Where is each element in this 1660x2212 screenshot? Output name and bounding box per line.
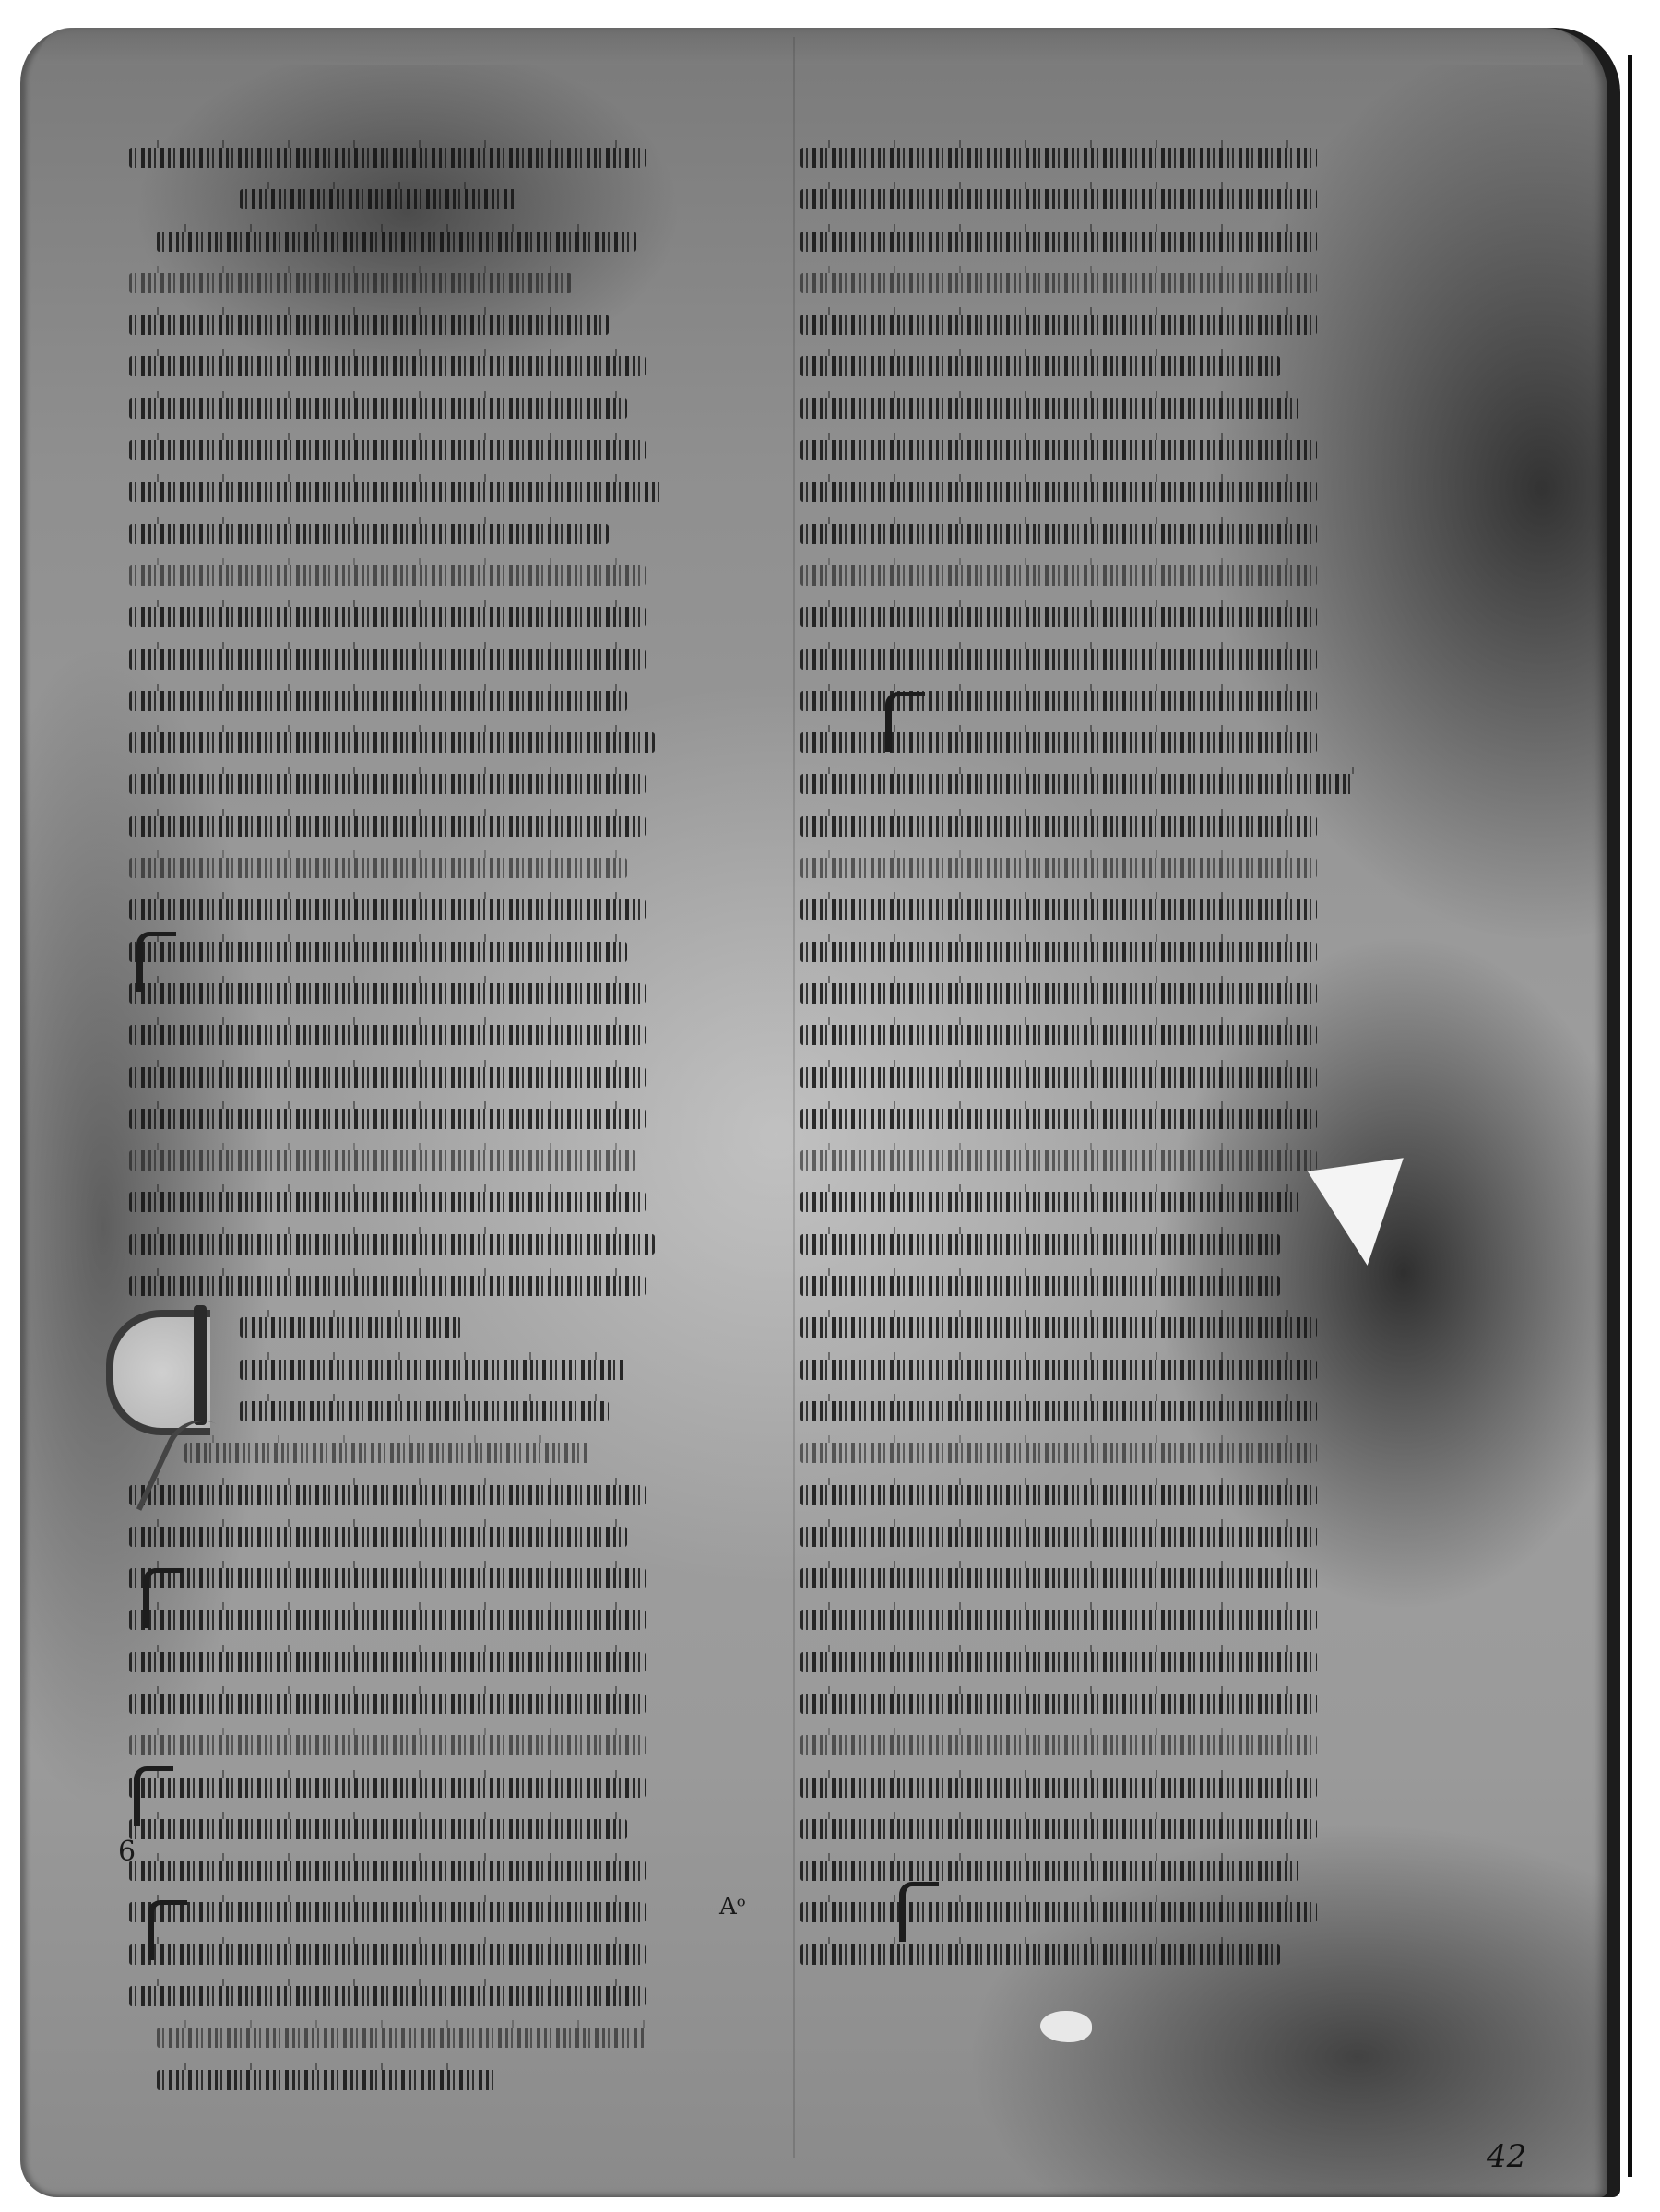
script-line bbox=[800, 1735, 1317, 1755]
script-line bbox=[157, 2028, 646, 2048]
script-line bbox=[800, 1276, 1280, 1296]
text-line bbox=[129, 765, 775, 802]
script-line bbox=[129, 1778, 646, 1798]
text-line bbox=[129, 305, 775, 342]
text-line bbox=[129, 1016, 775, 1052]
script-line bbox=[800, 440, 1317, 460]
script-line bbox=[129, 1861, 646, 1881]
margin-mark: 6 bbox=[118, 1836, 136, 1868]
script-line bbox=[129, 607, 646, 627]
text-line bbox=[800, 180, 1446, 217]
script-line bbox=[800, 1150, 1317, 1171]
script-line bbox=[129, 1527, 627, 1547]
script-line bbox=[129, 691, 627, 711]
script-line bbox=[800, 1192, 1298, 1212]
text-line bbox=[129, 890, 775, 927]
text-line bbox=[129, 1308, 775, 1345]
script-line bbox=[800, 774, 1354, 794]
decorated-initial-stem bbox=[194, 1305, 207, 1425]
text-line bbox=[129, 974, 775, 1011]
text-line bbox=[800, 515, 1446, 552]
script-line bbox=[800, 524, 1317, 544]
text-line bbox=[129, 222, 775, 259]
text-line bbox=[800, 807, 1446, 844]
script-line bbox=[800, 899, 1317, 920]
text-line bbox=[129, 1141, 775, 1178]
script-line bbox=[129, 315, 609, 335]
text-line bbox=[129, 264, 775, 301]
text-line bbox=[129, 682, 775, 719]
script-line bbox=[129, 398, 627, 419]
script-line bbox=[129, 1150, 636, 1171]
minor-initial bbox=[143, 1568, 183, 1628]
text-line bbox=[800, 1935, 1446, 1972]
script-line bbox=[800, 1819, 1317, 1839]
script-line bbox=[800, 1694, 1317, 1714]
text-line bbox=[129, 180, 775, 217]
margin-mark: Aᵒ bbox=[719, 1893, 746, 1921]
text-line bbox=[800, 849, 1446, 886]
script-line bbox=[800, 607, 1317, 627]
text-line bbox=[800, 640, 1446, 677]
text-line bbox=[129, 807, 775, 844]
column-gutter bbox=[793, 37, 795, 2158]
text-line bbox=[129, 640, 775, 677]
script-line bbox=[800, 1861, 1298, 1881]
text-line bbox=[800, 1267, 1446, 1303]
text-line bbox=[129, 138, 775, 175]
text-line bbox=[129, 431, 775, 468]
script-line bbox=[184, 1443, 590, 1463]
text-line bbox=[129, 1517, 775, 1554]
text-line bbox=[129, 1977, 775, 2014]
text-line bbox=[129, 933, 775, 969]
script-line bbox=[800, 1485, 1317, 1505]
text-line bbox=[800, 1851, 1446, 1888]
parchment-hole-triangular bbox=[1308, 1158, 1417, 1272]
script-line bbox=[800, 1443, 1317, 1463]
script-line bbox=[129, 1610, 646, 1630]
script-line bbox=[129, 440, 646, 460]
script-line bbox=[157, 232, 636, 252]
script-line bbox=[129, 1568, 646, 1588]
script-line bbox=[800, 1610, 1317, 1630]
text-line bbox=[129, 1643, 775, 1680]
text-line bbox=[800, 1643, 1446, 1680]
minor-initial bbox=[134, 1766, 173, 1826]
text-line bbox=[129, 2061, 775, 2098]
left-text-column bbox=[129, 138, 775, 2102]
text-line bbox=[129, 598, 775, 635]
script-line bbox=[129, 1986, 646, 2006]
text-line bbox=[129, 723, 775, 760]
text-line bbox=[129, 1726, 775, 1763]
text-line bbox=[129, 1893, 775, 1930]
text-line bbox=[129, 556, 775, 593]
text-line bbox=[800, 1476, 1446, 1513]
script-line bbox=[800, 1317, 1317, 1338]
script-line bbox=[800, 398, 1298, 419]
script-line bbox=[129, 356, 646, 376]
script-line bbox=[800, 691, 1317, 711]
text-line bbox=[800, 890, 1446, 927]
text-line bbox=[800, 1392, 1446, 1429]
text-line bbox=[800, 1810, 1446, 1847]
script-line bbox=[129, 649, 646, 670]
text-line bbox=[129, 1935, 775, 1972]
text-line bbox=[129, 1476, 775, 1513]
script-line bbox=[129, 565, 646, 586]
text-line bbox=[800, 431, 1446, 468]
parchment-hole-small bbox=[1040, 2011, 1092, 2042]
text-line bbox=[129, 1810, 775, 1847]
script-line bbox=[800, 942, 1317, 962]
script-line bbox=[129, 732, 655, 753]
script-line bbox=[800, 1568, 1317, 1588]
text-line bbox=[129, 1684, 775, 1721]
script-line bbox=[129, 942, 627, 962]
script-line bbox=[800, 983, 1317, 1004]
script-line bbox=[129, 1735, 646, 1755]
text-line bbox=[800, 1726, 1446, 1763]
right-text-column bbox=[800, 138, 1446, 1977]
text-line bbox=[800, 264, 1446, 301]
script-line bbox=[800, 189, 1317, 209]
minor-initial bbox=[899, 1882, 939, 1942]
text-line bbox=[800, 1058, 1446, 1095]
script-line bbox=[800, 148, 1317, 168]
leaf-top-edge bbox=[39, 28, 1583, 65]
text-line bbox=[800, 472, 1446, 509]
text-line bbox=[129, 515, 775, 552]
script-line bbox=[129, 1652, 646, 1672]
text-line bbox=[800, 1684, 1446, 1721]
text-line bbox=[800, 1517, 1446, 1554]
script-line bbox=[800, 1527, 1317, 1547]
minor-initial bbox=[885, 692, 925, 752]
text-line bbox=[800, 974, 1446, 1011]
script-line bbox=[800, 1025, 1317, 1045]
script-line bbox=[129, 774, 646, 794]
text-line bbox=[800, 556, 1446, 593]
text-line bbox=[129, 1851, 775, 1888]
script-line bbox=[800, 1902, 1317, 1922]
script-line bbox=[800, 816, 1317, 837]
text-line bbox=[800, 389, 1446, 426]
text-line bbox=[129, 1768, 775, 1805]
script-line bbox=[129, 1944, 646, 1965]
script-line bbox=[800, 356, 1280, 376]
text-line bbox=[129, 1058, 775, 1095]
text-line bbox=[129, 1392, 775, 1429]
script-line bbox=[800, 482, 1317, 502]
script-line bbox=[800, 1067, 1317, 1088]
script-line bbox=[129, 1694, 646, 1714]
script-line bbox=[129, 899, 646, 920]
text-line bbox=[129, 1225, 775, 1262]
text-line bbox=[129, 347, 775, 384]
script-line bbox=[129, 1109, 646, 1129]
script-line bbox=[129, 273, 572, 293]
script-line bbox=[240, 1317, 461, 1338]
text-line bbox=[129, 1600, 775, 1637]
text-line bbox=[800, 347, 1446, 384]
script-line bbox=[800, 1401, 1317, 1421]
text-line bbox=[800, 1433, 1446, 1470]
script-line bbox=[800, 858, 1317, 878]
script-line bbox=[129, 1819, 627, 1839]
minor-initial bbox=[136, 932, 176, 992]
script-line bbox=[129, 1902, 646, 1922]
text-line bbox=[800, 1559, 1446, 1596]
text-line bbox=[800, 138, 1446, 175]
text-line bbox=[129, 1267, 775, 1303]
script-line bbox=[800, 315, 1317, 335]
text-line bbox=[800, 1600, 1446, 1637]
script-line bbox=[800, 1944, 1280, 1965]
script-line bbox=[129, 816, 646, 837]
script-line bbox=[800, 565, 1317, 586]
script-line bbox=[800, 1360, 1317, 1380]
text-line bbox=[800, 305, 1446, 342]
script-line bbox=[129, 1234, 655, 1255]
text-line bbox=[129, 389, 775, 426]
script-line bbox=[240, 1360, 627, 1380]
script-line bbox=[800, 732, 1317, 753]
script-line bbox=[129, 1067, 646, 1088]
leaf-right-edge bbox=[1628, 55, 1632, 2177]
script-line bbox=[240, 189, 516, 209]
text-line bbox=[129, 849, 775, 886]
text-line bbox=[800, 1100, 1446, 1136]
text-line bbox=[129, 1350, 775, 1387]
script-line bbox=[800, 1652, 1317, 1672]
script-line bbox=[129, 1276, 646, 1296]
text-line bbox=[800, 222, 1446, 259]
text-line bbox=[129, 1183, 775, 1219]
script-line bbox=[157, 2070, 498, 2090]
text-line bbox=[800, 1016, 1446, 1052]
script-line bbox=[800, 273, 1317, 293]
script-line bbox=[800, 1778, 1317, 1798]
text-line bbox=[800, 933, 1446, 969]
text-line bbox=[129, 472, 775, 509]
text-line bbox=[800, 765, 1446, 802]
text-line bbox=[129, 1559, 775, 1596]
text-line bbox=[129, 2018, 775, 2055]
script-line bbox=[800, 1234, 1280, 1255]
text-line bbox=[800, 1768, 1446, 1805]
text-line bbox=[800, 1350, 1446, 1387]
script-line bbox=[129, 1025, 646, 1045]
script-line bbox=[129, 983, 646, 1004]
folio-number: 42 bbox=[1487, 2138, 1526, 2175]
text-line bbox=[800, 1308, 1446, 1345]
text-line bbox=[800, 598, 1446, 635]
script-line bbox=[129, 524, 609, 544]
script-line bbox=[129, 858, 627, 878]
minor-initial bbox=[148, 1900, 187, 1960]
script-line bbox=[800, 1109, 1317, 1129]
script-line bbox=[129, 148, 646, 168]
script-line bbox=[800, 232, 1317, 252]
text-line bbox=[800, 1893, 1446, 1930]
script-line bbox=[129, 482, 664, 502]
script-line bbox=[800, 649, 1317, 670]
script-line bbox=[240, 1401, 609, 1421]
script-line bbox=[129, 1192, 646, 1212]
text-line bbox=[129, 1100, 775, 1136]
